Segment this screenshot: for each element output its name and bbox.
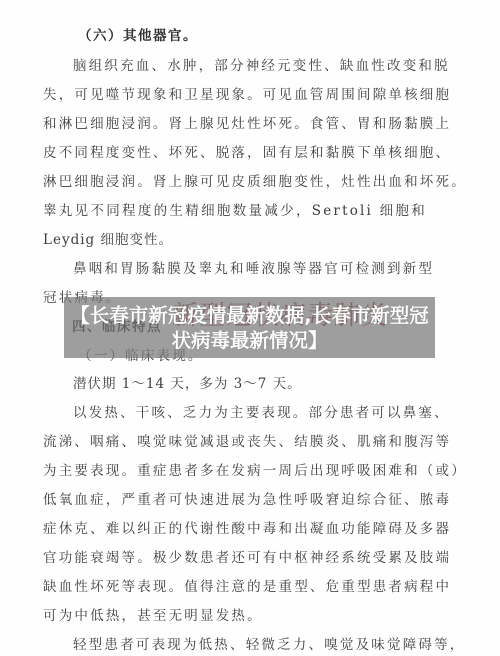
title-banner-overlay: 【长春市新冠疫情最新数据,长春市新型冠状病毒最新情况】	[64, 297, 435, 358]
paragraph-line: 症休克、难以纠正的代谢性酸中毒和出凝血功能障碍及多器	[43, 519, 427, 539]
paragraph-line: 脑组织充血、水肿，部分神经元变性、缺血性改变和脱	[73, 56, 427, 76]
paragraph-line: 官功能衰竭等。极少数患者还可有中枢神经系统受累及肢端	[43, 548, 427, 568]
paragraph-line: 可为中低热，甚至无明显发热。	[43, 606, 427, 626]
paragraph-line: 为主要表现。重症患者多在发病一周后出现呼吸困难和（或）	[43, 461, 427, 481]
document-page: （六）其他器官。 脑组织充血、水肿，部分神经元变性、缺血性改变和脱 失，可见噬节…	[0, 0, 500, 656]
paragraph-line: 鼻咽和胃肠黏膜及睾丸和唾液腺等器官可检测到新型	[73, 259, 427, 279]
section-heading-other-organs: （六）其他器官。	[78, 26, 462, 46]
paragraph-incubation: 潜伏期 1～14 天，多为 3～7 天。	[73, 374, 427, 394]
banner-title: 【长春市新冠疫情最新数据,长春市新型冠状病毒最新情况】	[67, 303, 432, 353]
paragraph-line: 缺血性坏死等表现。值得注意的是重型、危重型患者病程中	[43, 577, 427, 597]
paragraph-line: 和淋巴细胞浸润。肾上腺见灶性坏死。食管、胃和肠黏膜上	[43, 114, 427, 134]
paragraph-line: 皮不同程度变性、坏死、脱落，固有层和黏膜下单核细胞、	[43, 143, 427, 163]
paragraph-line: 低氧血症，严重者可快速进展为急性呼吸窘迫综合征、脓毒	[43, 490, 427, 510]
paragraph-line: 淋巴细胞浸润。肾上腺可见皮质细胞变性，灶性出血和坏死。	[43, 172, 427, 192]
paragraph-line: 以发热、干咳、乏力为主要表现。部分患者可以鼻塞、	[73, 403, 427, 423]
paragraph-line: 轻型患者可表现为低热、轻微乏力、嗅觉及味觉障碍等，	[73, 635, 427, 655]
paragraph-line: 流涕、咽痛、嗅觉味觉减退或丧失、结膜炎、肌痛和腹泻等	[43, 432, 427, 452]
paragraph-line: 失，可见噬节现象和卫星现象。可见血管周围间隙单核细胞	[43, 85, 427, 105]
paragraph-line: Leydig 细胞变性。	[43, 230, 427, 250]
paragraph-line: 睾丸见不同程度的生精细胞数量减少，Sertoli 细胞和	[43, 201, 427, 221]
